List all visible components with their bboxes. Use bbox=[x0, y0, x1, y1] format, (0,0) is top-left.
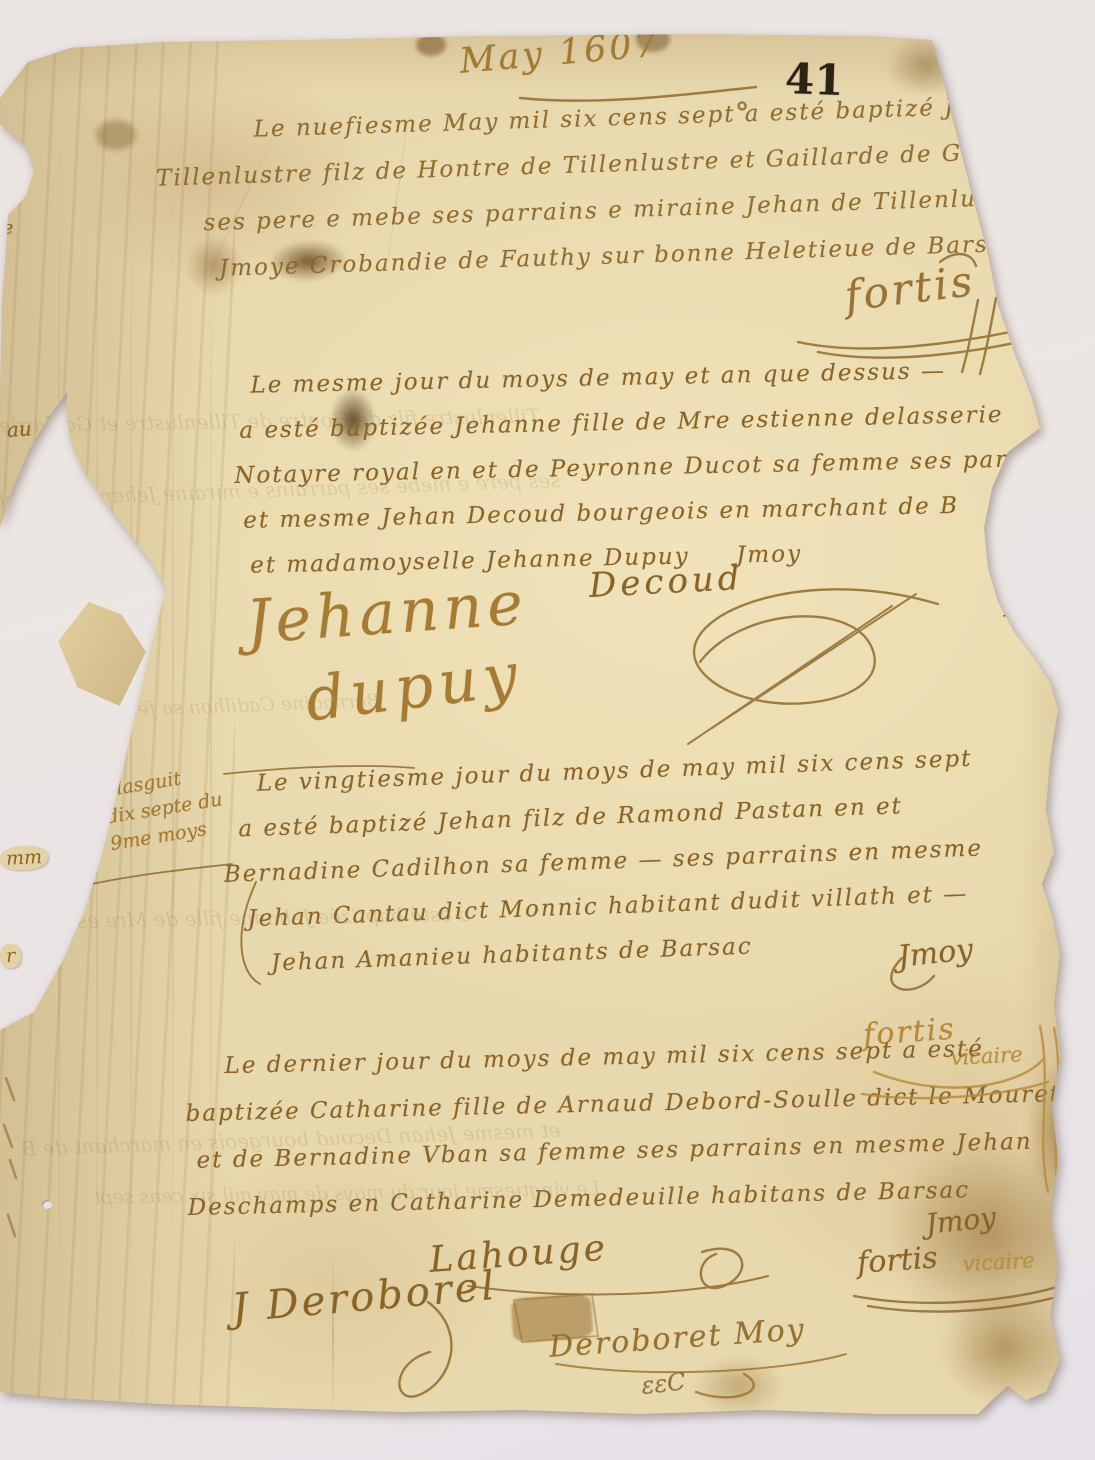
margin-note: Clasguit dix septe du 9me moys bbox=[100, 760, 229, 858]
document-page: Tillenlustre filz de Hontre de Tillenlus… bbox=[0, 0, 1095, 1460]
baptism-entry-2: Le mesme jour du moys de may et an que d… bbox=[232, 348, 1011, 589]
torn-edge-fragment: au bbox=[6, 416, 32, 442]
paper-wrap: Tillenlustre filz de Hontre de Tillenlus… bbox=[0, 0, 1095, 1460]
torn-edge-fragment: e bbox=[2, 217, 14, 239]
manuscript-photo: Tillenlustre filz de Hontre de Tillenlus… bbox=[0, 0, 1095, 1460]
fold-crease bbox=[58, 100, 60, 1390]
large-brown-smear bbox=[940, 1290, 1070, 1405]
vicaire-title-footer: vicaire bbox=[962, 1248, 1035, 1276]
signature-fortis-footer: fortis bbox=[856, 1240, 939, 1281]
worm-hole bbox=[42, 1200, 52, 1209]
lahouge-paraph bbox=[701, 1249, 742, 1288]
foxing-spot bbox=[946, 88, 1006, 134]
jmoy-mark-entry3: Jmoy bbox=[896, 932, 975, 975]
jmoy-mark-entry4: Jmoy bbox=[924, 1201, 998, 1241]
page-date: May 1607 bbox=[458, 25, 661, 82]
torn-edge-fragment: mm bbox=[0, 845, 49, 871]
signature-jehanne-line2: dupuy bbox=[302, 639, 527, 735]
signature-flourish-mark: ɛɛC bbox=[640, 1367, 687, 1399]
signature-decoud: Decoud bbox=[588, 558, 744, 606]
baptism-entry-4: Le dernier jour du moys de may mil six c… bbox=[184, 1024, 1064, 1232]
signature-deroborel-small: Deroboret Moy bbox=[548, 1312, 807, 1365]
foxing-spot bbox=[416, 34, 446, 56]
signature-deroborel-large: J Deroborel bbox=[230, 1263, 499, 1332]
torn-edge-fragment: r bbox=[0, 943, 22, 968]
decoud-paraph bbox=[694, 589, 938, 703]
foxing-spot bbox=[96, 120, 136, 150]
fold-crease bbox=[332, 1250, 334, 1420]
signature-fortis-torn: fortis bbox=[1002, 573, 1091, 618]
baptism-entry-3: Le vingtiesme jour du moys de may mil si… bbox=[220, 736, 987, 987]
foxing-spot bbox=[694, 1356, 784, 1416]
